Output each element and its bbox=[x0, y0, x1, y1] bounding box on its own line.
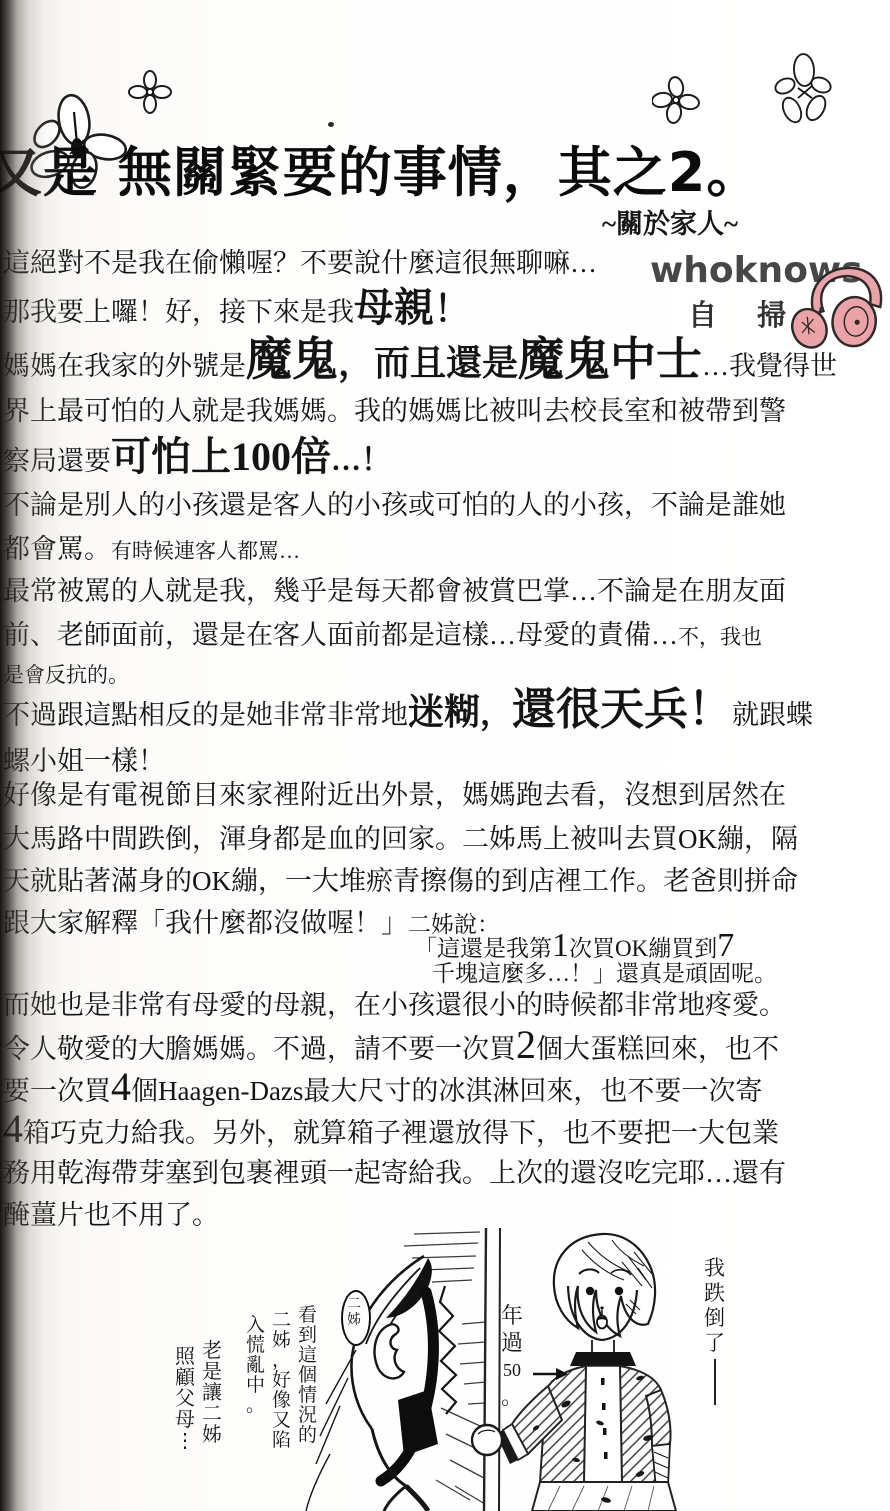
text-line-3: 媽媽在我家的外號是魔鬼，而且還是魔鬼中士…我覺得世 bbox=[3, 337, 837, 383]
text-line-1: 這絕對不是我在偷懶喔？不要說什麼這很無聊嘛… bbox=[3, 250, 597, 277]
text-line-8: 最常被罵的人就是我，幾乎是每天都會被賞巴掌…不論是在朋友面 bbox=[3, 578, 786, 605]
text-segment: 界上最可怕的人就是我媽媽。我的媽媽比被叫去校長室和被帶到警 bbox=[3, 396, 786, 426]
text-segment: 迷糊 bbox=[408, 692, 480, 732]
text-segment: 察局還要 bbox=[3, 446, 111, 476]
text-line-2: 那我要上囉！好，接下來是我母親！ bbox=[3, 288, 470, 328]
text-line-14: 大馬路中間跌倒，渾身都是血的回家。二姊馬上被叫去買OK繃，隔 bbox=[3, 826, 798, 853]
text-segment: 就跟蝶 bbox=[732, 700, 813, 730]
text-segment: 不論是別人的小孩還是客人的小孩或可怕的人的小孩，不論是誰她 bbox=[3, 490, 786, 520]
text-line-12: 螺小姐一樣！ bbox=[3, 748, 165, 775]
text-line-9: 前、老師面前，還是在客人面前都是這樣…母愛的責備…不，我也 bbox=[3, 622, 762, 649]
text-segment: …！ bbox=[331, 444, 391, 477]
text-line-19: 而她也是非常有母愛的母親，在小孩還很小的時候都非常地疼愛。 bbox=[3, 992, 786, 1019]
text-line-13: 好像是有電視節目來家裡附近出外景，媽媽跑去看，沒想到居然在 bbox=[3, 782, 786, 809]
text-segment: ， bbox=[480, 695, 512, 731]
text-segment: 不過跟這點相反的是她非常非常地 bbox=[3, 700, 408, 730]
text-line-15: 天就貼著滿身的OK繃，一大堆瘀青擦傷的到店裡工作。老爸則拼命 bbox=[3, 868, 798, 895]
text-segment: ！ bbox=[434, 289, 470, 329]
text-segment: 4 bbox=[111, 1064, 131, 1109]
text-segment: 箱巧克力給我。另外，就算箱子裡還放得下，也不要把一大包業 bbox=[23, 1118, 779, 1148]
text-segment: 跟大家解釋「我什麼都沒做喔！」 bbox=[3, 908, 408, 938]
text-segment: 最常被罵的人就是我，幾乎是每天都會被賞巴掌…不論是在朋友面 bbox=[3, 576, 786, 606]
text-segment: 魔鬼中士 bbox=[518, 334, 702, 385]
text-segment: 螺小姐一樣！ bbox=[3, 746, 165, 776]
text-segment: 那我要上囉！好，接下來是我 bbox=[3, 297, 354, 327]
text-line-20: 令人敬愛的大膽媽媽。不過，請不要一次買2個大蛋糕回來，也不 bbox=[3, 1025, 779, 1065]
manga-page: 又是 無關緊要的事情，其之2。 ~關於家人~ whoknows 自 掃 這絕對不… bbox=[0, 0, 890, 1511]
text-segment: 2 bbox=[516, 1022, 536, 1067]
text-segment: 母親 bbox=[354, 285, 434, 330]
text-line-22: 4箱巧克力給我。另外，就算箱子裡還放得下，也不要把一大包業 bbox=[3, 1109, 779, 1149]
text-line-24: 醃薑片也不用了。 bbox=[3, 1202, 219, 1229]
text-segment: 這絕對不是我在偷懶喔？不要說什麼這很無聊嘛… bbox=[3, 248, 597, 278]
text-segment: 而她也是非常有母愛的母親，在小孩還很小的時候都非常地疼愛。 bbox=[3, 990, 786, 1020]
text-line-21: 要一次買4個Haagen-Dazs最大尺寸的冰淇淋回來，也不要一次寄 bbox=[3, 1067, 762, 1107]
sister-label-bubble bbox=[341, 1290, 371, 1346]
text-segment: 天就貼著滿身的OK繃，一大堆瘀青擦傷的到店裡工作。老爸則拼命 bbox=[3, 866, 798, 896]
text-segment: 都會罵。 bbox=[3, 534, 111, 564]
text-segment: 1 bbox=[552, 927, 569, 964]
text-segment: 令人敬愛的大膽媽媽。不過，請不要一次買 bbox=[3, 1034, 516, 1064]
text-segment: 7 bbox=[717, 927, 734, 964]
text-segment: 醃薑片也不用了。 bbox=[3, 1200, 219, 1230]
text-segment: 好像是有電視節目來家裡附近出外景，媽媽跑去看，沒想到居然在 bbox=[3, 780, 786, 810]
text-segment: 次買OK繃買到 bbox=[569, 936, 717, 961]
text-segment: 可怕上100倍 bbox=[111, 434, 331, 479]
text-line-5: 察局還要可怕上100倍…！ bbox=[3, 437, 391, 477]
text-segment: 有時候連客人都罵… bbox=[111, 539, 300, 563]
text-line-18: 千塊這麼多…！」還真是頑固呢。 bbox=[432, 962, 777, 985]
text-line-10: 是會反抗的。 bbox=[3, 665, 129, 686]
text-segment: 媽媽在我家的外號是 bbox=[3, 351, 246, 381]
text-line-7: 都會罵。有時候連客人都罵… bbox=[3, 536, 300, 563]
text-line-17: 「這還是我第1次買OK繃買到7 bbox=[414, 929, 734, 963]
text-segment: ，而且還是 bbox=[338, 343, 518, 383]
text-line-23: 務用乾海帶芽塞到包裹裡頭一起寄給我。上次的還沒吃完耶…還有 bbox=[3, 1160, 786, 1187]
text-line-11: 不過跟這點相反的是她非常非常地迷糊，還很天兵！就跟蝶 bbox=[3, 688, 813, 732]
text-segment: 個大蛋糕回來，也不 bbox=[536, 1034, 779, 1064]
text-segment: 大馬路中間跌倒，渾身都是血的回家。二姊馬上被叫去買OK繃，隔 bbox=[3, 824, 798, 854]
text-segment: 「這還是我第 bbox=[414, 936, 552, 961]
text-line-6: 不論是別人的小孩還是客人的小孩或可怕的人的小孩，不論是誰她 bbox=[3, 492, 786, 519]
body-text: 這絕對不是我在偷懶喔？不要說什麼這很無聊嘛…那我要上囉！好，接下來是我母親！媽媽… bbox=[0, 0, 890, 1511]
text-segment: 是會反抗的。 bbox=[3, 663, 129, 687]
text-segment: 還很天兵！ bbox=[512, 685, 732, 734]
text-segment: 4 bbox=[3, 1106, 23, 1151]
text-segment: …我覺得世 bbox=[702, 351, 837, 381]
text-segment: 不，我也 bbox=[678, 625, 762, 649]
text-segment: 要一次買 bbox=[3, 1076, 111, 1106]
text-line-4: 界上最可怕的人就是我媽媽。我的媽媽比被叫去校長室和被帶到警 bbox=[3, 398, 786, 425]
text-segment: 千塊這麼多…！」還真是頑固呢。 bbox=[432, 961, 777, 986]
text-segment: 務用乾海帶芽塞到包裹裡頭一起寄給我。上次的還沒吃完耶…還有 bbox=[3, 1158, 786, 1188]
text-segment: 前、老師面前，還是在客人面前都是這樣…母愛的責備… bbox=[3, 620, 678, 650]
text-segment: 個Haagen-Dazs最大尺寸的冰淇淋回來，也不要一次寄 bbox=[131, 1076, 762, 1106]
text-segment: 魔鬼 bbox=[246, 334, 338, 385]
